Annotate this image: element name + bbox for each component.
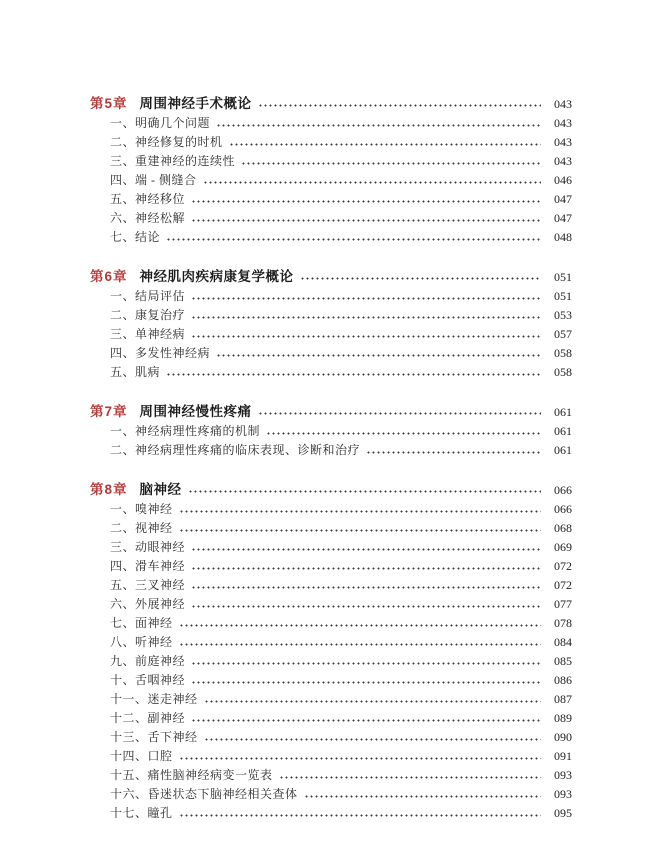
dot-leader xyxy=(191,599,541,610)
entry-title: 三、动眼神经 xyxy=(110,538,185,555)
page-number: 058 xyxy=(546,346,572,361)
toc-entry-row: 十六、昏迷状态下脑神经相关查体 093 xyxy=(90,785,572,804)
toc-entry-row: 六、神经松解 047 xyxy=(90,209,572,228)
chapter-number-label: 第5章 xyxy=(90,92,128,112)
dot-leader xyxy=(191,542,541,553)
scanned-book-page: 第5章 周围神经手术概论 043 一、明确几个问题 043 二、神经修复的时机 … xyxy=(0,0,663,853)
dot-leader xyxy=(179,618,541,629)
dot-leader xyxy=(179,504,541,515)
dot-leader xyxy=(179,751,541,762)
entry-title: 十五、痛性脑神经病变一览表 xyxy=(110,766,273,783)
toc-entry-row: 十七、瞳孔 095 xyxy=(90,804,572,823)
toc-entry-row: 五、肌病 058 xyxy=(90,363,572,382)
dot-leader xyxy=(216,118,541,129)
entry-title: 四、端 - 侧缝合 xyxy=(110,171,197,188)
dot-leader xyxy=(204,694,541,705)
chapter-title: 脑神经 xyxy=(140,478,182,498)
dot-leader xyxy=(216,348,541,359)
toc-entry-row: 九、前庭神经 085 xyxy=(90,652,572,671)
page-number: 089 xyxy=(546,711,572,726)
page-number: 072 xyxy=(546,559,572,574)
page-number: 053 xyxy=(546,308,572,323)
page-number: 091 xyxy=(546,749,572,764)
toc-entry-row: 二、视神经 068 xyxy=(90,519,572,538)
entry-title: 三、重建神经的连续性 xyxy=(110,152,235,169)
dot-leader xyxy=(191,675,541,686)
page-number: 043 xyxy=(546,116,572,131)
chapter-title: 周围神经慢性疼痛 xyxy=(140,400,252,420)
dot-leader xyxy=(191,329,541,340)
chapter-number-label: 第8章 xyxy=(90,478,128,498)
page-number: 047 xyxy=(546,192,572,207)
dot-leader xyxy=(258,405,541,417)
toc-entry-row: 五、三叉神经 072 xyxy=(90,576,572,595)
toc-entry-row: 三、重建神经的连续性 043 xyxy=(90,152,572,171)
page-number: 078 xyxy=(546,616,572,631)
entry-title: 五、肌病 xyxy=(110,363,160,380)
page-number: 068 xyxy=(546,521,572,536)
toc-entry-row: 二、康复治疗 053 xyxy=(90,306,572,325)
toc-entry-row: 一、结局评估 051 xyxy=(90,287,572,306)
dot-leader xyxy=(179,523,541,534)
entry-title: 十四、口腔 xyxy=(110,747,173,764)
entry-title: 一、嗅神经 xyxy=(110,500,173,517)
page-number: 051 xyxy=(546,270,572,285)
chapter-number-label: 第6章 xyxy=(90,265,128,285)
page-number: 046 xyxy=(546,173,572,188)
page-number: 087 xyxy=(546,692,572,707)
entry-title: 二、神经修复的时机 xyxy=(110,133,223,150)
entry-title: 十一、迷走神经 xyxy=(110,690,198,707)
toc-entry-row: 三、动眼神经 069 xyxy=(90,538,572,557)
dot-leader xyxy=(191,580,541,591)
dot-leader xyxy=(204,732,541,743)
dot-leader xyxy=(304,789,541,800)
dot-leader xyxy=(241,156,541,167)
dot-leader xyxy=(188,483,541,495)
entry-title: 四、滑车神经 xyxy=(110,557,185,574)
entry-title: 三、单神经病 xyxy=(110,325,185,342)
entry-title: 一、明确几个问题 xyxy=(110,114,210,131)
page-number: 084 xyxy=(546,635,572,650)
toc: 第5章 周围神经手术概论 043 一、明确几个问题 043 二、神经修复的时机 … xyxy=(90,92,572,823)
entry-title: 五、神经移位 xyxy=(110,190,185,207)
dot-leader xyxy=(191,291,541,302)
page-number: 066 xyxy=(546,502,572,517)
toc-chapter-row: 第8章 脑神经 066 xyxy=(90,478,572,500)
toc-entry-row: 十一、迷走神经 087 xyxy=(90,690,572,709)
chapter-number-label: 第7章 xyxy=(90,400,128,420)
dot-leader xyxy=(203,175,542,186)
dot-leader xyxy=(191,656,541,667)
toc-entry-row: 十五、痛性脑神经病变一览表 093 xyxy=(90,766,572,785)
entry-title: 五、三叉神经 xyxy=(110,576,185,593)
toc-entry-row: 七、结论 048 xyxy=(90,228,572,247)
dot-leader xyxy=(166,232,541,243)
toc-entry-row: 十三、舌下神经 090 xyxy=(90,728,572,747)
toc-entry-row: 一、明确几个问题 043 xyxy=(90,114,572,133)
entry-title: 二、康复治疗 xyxy=(110,306,185,323)
dot-leader xyxy=(191,561,541,572)
page-number: 043 xyxy=(546,135,572,150)
dot-leader xyxy=(258,97,541,109)
entry-title: 四、多发性神经病 xyxy=(110,344,210,361)
page-number: 057 xyxy=(546,327,572,342)
page-number: 047 xyxy=(546,211,572,226)
dot-leader xyxy=(300,270,541,282)
dot-leader xyxy=(229,137,541,148)
page-number: 043 xyxy=(546,97,572,112)
dot-leader xyxy=(366,445,541,456)
toc-entry-row: 十、舌咽神经 086 xyxy=(90,671,572,690)
toc-entry-row: 一、神经病理性疼痛的机制 061 xyxy=(90,422,572,441)
page-number: 077 xyxy=(546,597,572,612)
entry-title: 八、听神经 xyxy=(110,633,173,650)
toc-entry-row: 二、神经病理性疼痛的临床表现、诊断和治疗 061 xyxy=(90,441,572,460)
entry-title: 六、神经松解 xyxy=(110,209,185,226)
entry-title: 七、面神经 xyxy=(110,614,173,631)
page-number: 061 xyxy=(546,405,572,420)
dot-leader xyxy=(179,637,541,648)
toc-entry-row: 三、单神经病 057 xyxy=(90,325,572,344)
toc-entry-row: 四、端 - 侧缝合 046 xyxy=(90,171,572,190)
entry-title: 十七、瞳孔 xyxy=(110,804,173,821)
chapter-title: 周围神经手术概论 xyxy=(140,92,252,112)
page-number: 093 xyxy=(546,768,572,783)
page-number: 085 xyxy=(546,654,572,669)
toc-entry-row: 十二、副神经 089 xyxy=(90,709,572,728)
entry-title: 十、舌咽神经 xyxy=(110,671,185,688)
toc-entry-row: 一、嗅神经 066 xyxy=(90,500,572,519)
toc-entry-row: 四、滑车神经 072 xyxy=(90,557,572,576)
entry-title: 一、结局评估 xyxy=(110,287,185,304)
dot-leader xyxy=(179,808,541,819)
toc-entry-row: 十四、口腔 091 xyxy=(90,747,572,766)
toc-chapter-row: 第5章 周围神经手术概论 043 xyxy=(90,92,572,114)
chapter-title: 神经肌肉疾病康复学概论 xyxy=(140,265,294,285)
page-number: 086 xyxy=(546,673,572,688)
toc-entry-row: 二、神经修复的时机 043 xyxy=(90,133,572,152)
toc-entry-row: 六、外展神经 077 xyxy=(90,595,572,614)
dot-leader xyxy=(166,367,541,378)
dot-leader xyxy=(191,213,541,224)
entry-title: 九、前庭神经 xyxy=(110,652,185,669)
toc-chapter-row: 第7章 周围神经慢性疼痛 061 xyxy=(90,400,572,422)
page-number: 058 xyxy=(546,365,572,380)
toc-entry-row: 七、面神经 078 xyxy=(90,614,572,633)
toc-entry-row: 八、听神经 084 xyxy=(90,633,572,652)
entry-title: 六、外展神经 xyxy=(110,595,185,612)
entry-title: 二、视神经 xyxy=(110,519,173,536)
entry-title: 一、神经病理性疼痛的机制 xyxy=(110,422,260,439)
entry-title: 十二、副神经 xyxy=(110,709,185,726)
entry-title: 十三、舌下神经 xyxy=(110,728,198,745)
page-number: 061 xyxy=(546,443,572,458)
toc-chapter-row: 第6章 神经肌肉疾病康复学概论 051 xyxy=(90,265,572,287)
entry-title: 二、神经病理性疼痛的临床表现、诊断和治疗 xyxy=(110,441,360,458)
page-number: 061 xyxy=(546,424,572,439)
entry-title: 十六、昏迷状态下脑神经相关查体 xyxy=(110,785,298,802)
dot-leader xyxy=(191,310,541,321)
page-number: 048 xyxy=(546,230,572,245)
dot-leader xyxy=(279,770,541,781)
page-number: 095 xyxy=(546,806,572,821)
page-number: 043 xyxy=(546,154,572,169)
dot-leader xyxy=(191,713,541,724)
page-number: 072 xyxy=(546,578,572,593)
entry-title: 七、结论 xyxy=(110,228,160,245)
dot-leader xyxy=(266,426,541,437)
page-number: 069 xyxy=(546,540,572,555)
page-number: 066 xyxy=(546,483,572,498)
dot-leader xyxy=(191,194,541,205)
toc-entry-row: 四、多发性神经病 058 xyxy=(90,344,572,363)
page-number: 051 xyxy=(546,289,572,304)
toc-entry-row: 五、神经移位 047 xyxy=(90,190,572,209)
page-number: 093 xyxy=(546,787,572,802)
page-number: 090 xyxy=(546,730,572,745)
